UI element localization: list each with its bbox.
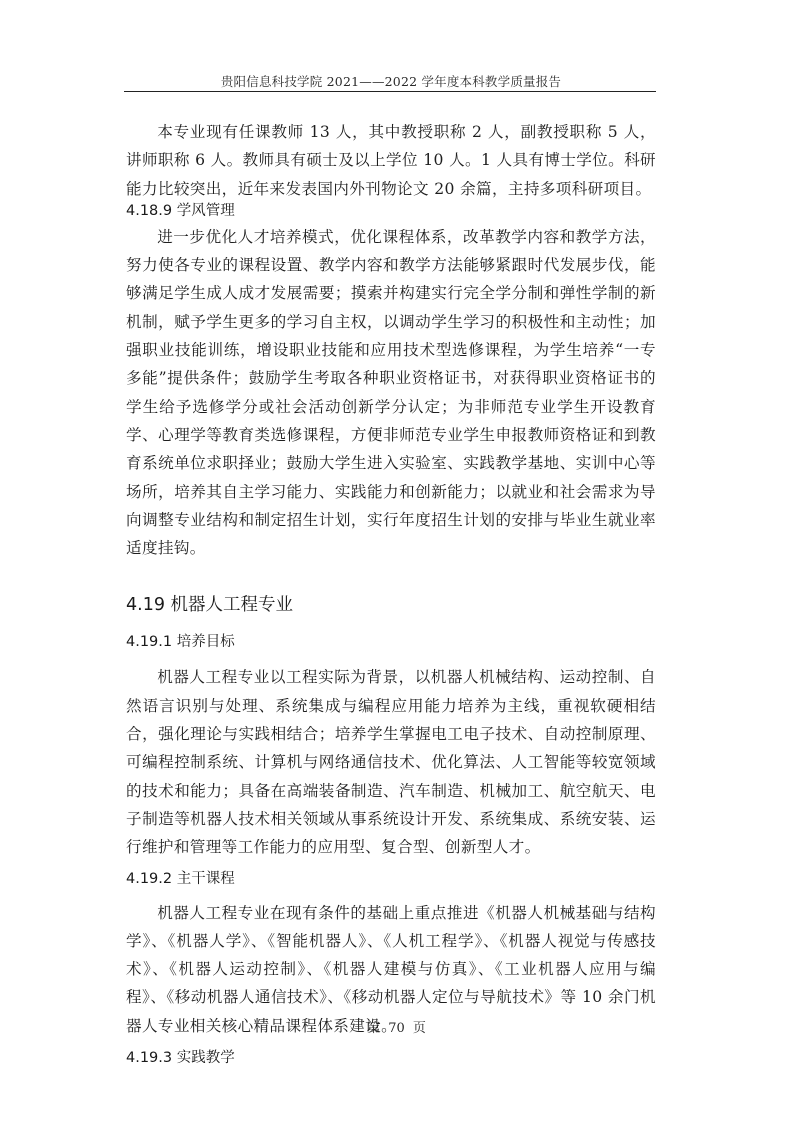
study-style-paragraph: 进一步优化人才培养模式，优化课程体系，改革教学内容和教学方法，努力使各专业的课程…	[126, 223, 656, 563]
page-number: 第 70 页	[0, 1017, 793, 1036]
training-goal-paragraph: 机器人工程专业以工程实际为背景，以机器人机械结构、运动控制、自然语言识别与处理、…	[126, 663, 656, 861]
faculty-paragraph: 本专业现有任课教师 13 人，其中教授职称 2 人，副教授职称 5 人，讲师职称…	[126, 118, 656, 203]
heading-4-19-2: 4.19.2 主干课程	[126, 868, 656, 890]
heading-4-19: 4.19 机器人工程专业	[126, 592, 656, 618]
heading-4-19-1: 4.19.1 培养目标	[126, 631, 656, 653]
heading-4-18-9: 4.18.9 学风管理	[126, 200, 656, 222]
running-header: 贵阳信息科技学院 2021——2022 学年度本科教学质量报告	[126, 72, 656, 92]
header-divider	[124, 91, 656, 92]
heading-4-19-3: 4.19.3 实践教学	[126, 1047, 656, 1069]
page-content: 本专业现有任课教师 13 人，其中教授职称 2 人，副教授职称 5 人，讲师职称…	[126, 118, 656, 1069]
